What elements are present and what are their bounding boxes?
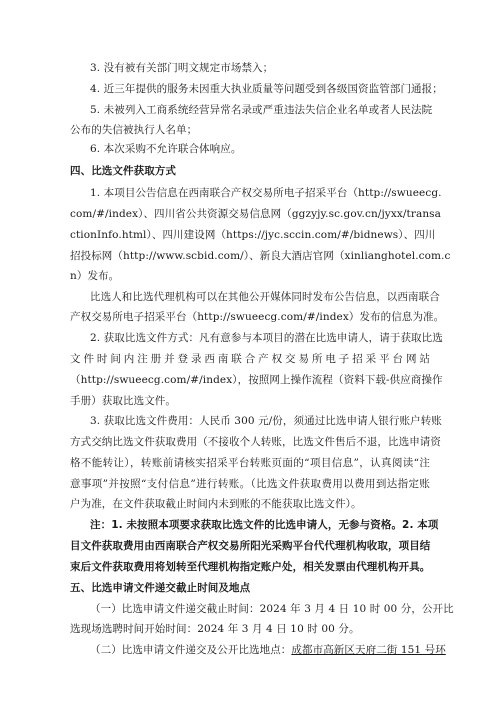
s4-p1-line: com/#/index）、四川省公共资源交易信息网（ggzyjy.sc.gov.… [70, 207, 430, 221]
s4-p4-line: 格不能转让），转账前请核实招采平台转账页面的“项目信息”，认真阅读“注 [70, 456, 430, 470]
condition-item-5-cont: 公布的失信被执行人名单； [70, 123, 430, 137]
s4-note-line: 注：1. 未按照本项要求获取比选文件的比选申请人，无参与资格。2. 本项 [90, 518, 430, 532]
s4-note-line: 目文件获取费用由西南联合产权交易所阳光采购平台代代理机构收取，项目结 [70, 539, 430, 553]
s4-p4-line: 户为准，在文件获取截止时间内未到账的不能获取比选文件）。 [70, 497, 430, 511]
condition-item-5: 5. 未被列入工商系统经营异常名录或严重违法失信企业名单或者人民法院 [90, 103, 430, 117]
s4-p4-line: 方式交纳比选文件获取费用（不接收个人转账，比选文件售后不退，比选申请资 [70, 435, 430, 449]
s5-p1-line: 选现场选聘时间开始时间：2024 年 3 月 4 日 10 时 00 分。 [70, 622, 430, 636]
venue-address: 成都市高新区天府二街 151 号环 [291, 644, 445, 656]
s4-p3-line: 2. 获取比选文件方式：凡有意参与本项目的潜在比选申请人，请于获取比选 [90, 331, 430, 345]
s4-note-line: 束后文件获取费用将划转至代理机构指定账户处，相关发票由代理机构开具。 [70, 560, 430, 574]
s5-p1-line: （一）比选申请文件递交截止时间：2024 年 3 月 4 日 10 时 00 分… [90, 602, 430, 616]
s4-p1-line: 1. 本项目公告信息在西南联合产权交易所电子招采平台（http://swueec… [90, 186, 430, 200]
s4-p1-line: 招投标网（http://www.scbid.com/）、新良大酒店官网（xinl… [70, 249, 430, 263]
s4-p1-line: n）发布。 [70, 269, 430, 283]
section-5-heading: 五、比选申请文件递交截止时间及地点 [70, 581, 430, 595]
condition-item-6: 6. 本次采购不允许联合体响应。 [90, 142, 430, 156]
condition-item-3: 3. 没有被有关部门明文规定市场禁入； [90, 61, 430, 75]
s4-p2-line: 产权交易所电子招采平台（http://swueecg.com/#/index）发… [70, 310, 430, 324]
s4-p4-line: 意事项”并按照“支付信息”进行转账。（比选文件获取费用以费用到达指定账 [70, 477, 430, 491]
s4-p1-line: ctionInfo.html）、四川建设网（https://jyc.sccin.… [70, 228, 430, 242]
section-4-heading: 四、比选文件获取方式 [70, 164, 430, 178]
s4-p3-line: 手册）获取比选文件。 [70, 394, 430, 408]
s4-p3-line: 文件时间内注册并登录西南联合产权交易所电子招采平台网站 [70, 352, 430, 366]
s5-p2-line: （二）比选申请文件递交及公开比选地点：成都市高新区天府二街 151 号环 [90, 643, 430, 657]
s4-p3-line: （http://swueecg.com/#/index），按照网上操作流程（资料… [70, 373, 430, 387]
s5-p2-prefix: （二）比选申请文件递交及公开比选地点： [90, 644, 291, 656]
document-page: 3. 没有被有关部门明文规定市场禁入； 4. 近三年提供的服务未因重大执业质量等… [0, 0, 504, 720]
s4-p2-line: 比选人和比选代理机构可以在其他公开媒体同时发布公告信息，以西南联合 [90, 290, 430, 304]
condition-item-4: 4. 近三年提供的服务未因重大执业质量等问题受到各级国资监管部门通报； [90, 82, 430, 96]
s4-p4-line: 3. 获取比选文件费用：人民币 300 元/份，须通过比选申请人银行账户转账 [90, 414, 430, 428]
